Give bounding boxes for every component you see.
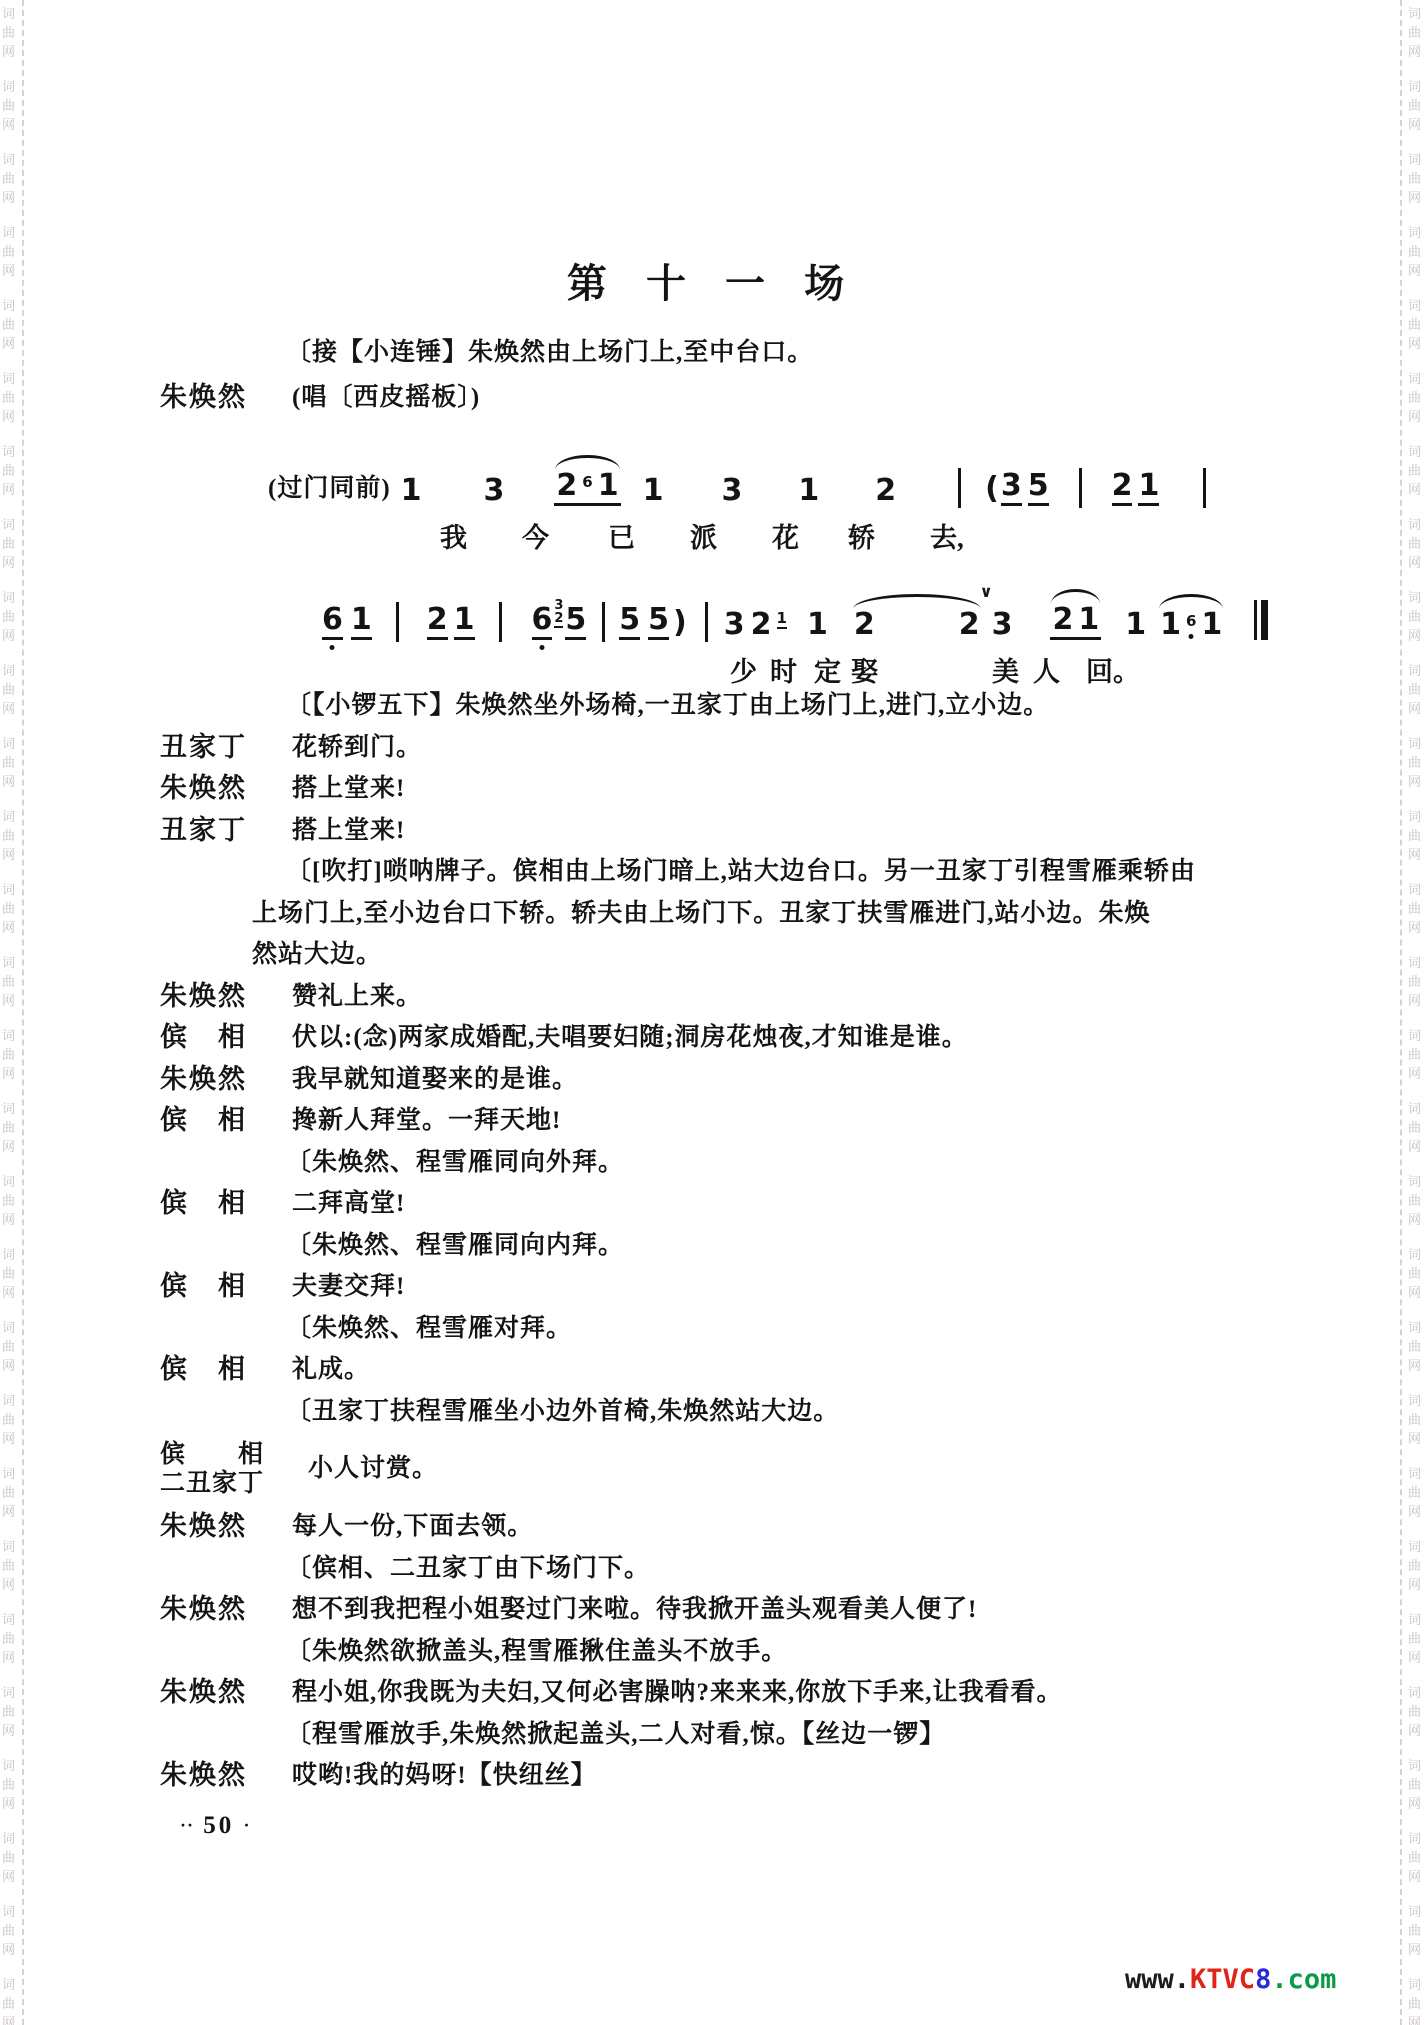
watermark-group: 词曲网 (1408, 880, 1421, 937)
lyric-char: 轿 (848, 516, 875, 555)
script-row: 〔接【小连锤】朱焕然由上场门上,至中台口。 (160, 330, 1280, 375)
speaker-name: 傧 相 (160, 1100, 292, 1142)
watermark-group: 词曲网 (1408, 1245, 1421, 1302)
script-row: 傧 相伏以:(念)两家成婚配,夫唱要妇随;洞房花烛夜,才知谁是谁。 (160, 1017, 1280, 1059)
speaker-name: 傧 相 (160, 1183, 292, 1225)
dialogue-text: 搀新人拜堂。一拜天地! (292, 1100, 561, 1142)
opening-rows: 〔接【小连锤】朱焕然由上场门上,至中台口。朱焕然(唱〔西皮摇板〕) (160, 330, 1280, 420)
watermark-char: 词 (1408, 1975, 1421, 1994)
watermark-group: 词曲网 (1408, 734, 1421, 791)
watermark-group: 词曲网 (1408, 4, 1421, 61)
music-note: 1 (454, 605, 475, 640)
script-row: 朱焕然搭上堂来! (160, 768, 1280, 810)
watermark-group: 词曲网 (2, 1172, 15, 1229)
watermark-group: 词曲网 (2, 880, 15, 937)
script-row: 傧 相二丑家丁小人讨赏。 (160, 1432, 1280, 1506)
watermark-char: 词 (2, 734, 15, 753)
music-paren: ) (673, 605, 687, 640)
dialogue-text: 夫妻交拜! (292, 1266, 405, 1308)
watermark-char: 曲 (2, 96, 15, 115)
site-url-segment[interactable]: www. (1125, 1964, 1190, 1995)
stage-direction: 然站大边。 (252, 934, 382, 976)
script-row: 朱焕然赞礼上来。 (160, 976, 1280, 1018)
watermark-char: 网 (2, 1356, 15, 1375)
watermark-char: 词 (2, 880, 15, 899)
script-row: 〔朱焕然、程雪雁对拜。 (160, 1308, 1280, 1350)
speaker-name: 傧 相 (160, 1349, 292, 1391)
stage-direction: 〔[吹打]唢呐牌子。傧相由上场门暗上,站大边台口。另一丑家丁引程雪雁乘轿由 (286, 851, 1196, 893)
watermark-char: 曲 (1408, 534, 1421, 553)
barline-icon (1254, 600, 1257, 640)
watermark-group: 词曲网 (2, 588, 15, 645)
lyric-char: 少 (730, 650, 757, 689)
watermark-char: 网 (2, 1210, 15, 1229)
watermark-char: 网 (1408, 1356, 1421, 1375)
watermark-char: 曲 (2, 1264, 15, 1283)
watermark-group: 词曲网 (1408, 1172, 1421, 1229)
music-note: 3 (721, 476, 742, 506)
watermark-char: 词 (1408, 4, 1421, 23)
stage-direction: 〔朱焕然、程雪雁对拜。 (286, 1308, 572, 1350)
watermark-char: 曲 (2, 972, 15, 991)
watermark-char: 网 (1408, 918, 1421, 937)
script-row: 〔朱焕然、程雪雁同向内拜。 (160, 1225, 1280, 1267)
watermark-char: 网 (2, 407, 15, 426)
watermark-char: 曲 (1408, 1337, 1421, 1356)
watermark-char: 词 (2, 1902, 15, 1921)
watermark-char: 词 (1408, 150, 1421, 169)
watermark-char: 曲 (2, 1994, 15, 2013)
watermark-char: 曲 (2, 534, 15, 553)
watermark-char: 曲 (2, 1556, 15, 1575)
page-number-dots: · (244, 1815, 251, 1835)
music-note: 1 (1138, 471, 1159, 506)
speaker-name (160, 330, 292, 375)
watermark-char: 网 (2, 1940, 15, 1959)
watermark-char: 网 (2, 1502, 15, 1521)
watermark-char: 词 (2, 1099, 15, 1118)
watermark-char: 词 (1408, 1391, 1421, 1410)
watermark-char: 词 (1408, 1756, 1421, 1775)
watermark-char: 网 (2, 991, 15, 1010)
watermark-group: 词曲网 (2, 1537, 15, 1594)
stage-direction: 〔朱焕然、程雪雁同向内拜。 (286, 1225, 624, 1267)
watermark-char: 网 (1408, 1794, 1421, 1813)
script-row: 傧 相搀新人拜堂。一拜天地! (160, 1100, 1280, 1142)
music-system-1: (过门同前)132611312(3521 (268, 468, 1206, 506)
script-row: 朱焕然哎哟!我的妈呀!【快纽丝】 (160, 1755, 1280, 1797)
music-note: 1 (598, 471, 619, 501)
music-note: 1 (1201, 610, 1222, 640)
watermark-char: 曲 (2, 1410, 15, 1429)
speaker-name: 朱焕然 (160, 1059, 292, 1101)
watermark-char: 网 (2, 918, 15, 937)
watermark-char: 词 (1408, 1464, 1421, 1483)
watermark-char: 曲 (2, 388, 15, 407)
watermark-char: 曲 (1408, 1702, 1421, 1721)
speaker-name (160, 1631, 292, 1673)
stage-direction: 〔朱焕然欲掀盖头,程雪雁揪住盖头不放手。 (286, 1631, 787, 1673)
music-note: 2 (1052, 605, 1073, 635)
music-note: 6 (532, 605, 553, 640)
speaker-name: 朱焕然 (160, 1506, 292, 1548)
watermark-char: 网 (1408, 991, 1421, 1010)
lyric-char: 人 (1033, 650, 1060, 689)
watermark-char: 曲 (1408, 972, 1421, 991)
stage-direction: 〔丑家丁扶程雪雁坐小边外首椅,朱焕然站大边。 (286, 1391, 839, 1433)
watermark-char: 曲 (1408, 1921, 1421, 1940)
watermark-char: 网 (2, 1794, 15, 1813)
watermark-group: 词曲网 (1408, 442, 1421, 499)
watermark-char: 曲 (2, 1045, 15, 1064)
speaker-name: 朱焕然 (160, 375, 292, 420)
watermark-char: 网 (2, 1867, 15, 1886)
music-note: 1 (798, 476, 819, 506)
watermark-char: 网 (1408, 845, 1421, 864)
grace-note-stack: 32 (554, 599, 563, 628)
watermark-char: 词 (2, 1245, 15, 1264)
watermark-char: 曲 (1408, 899, 1421, 918)
watermark-char: 网 (2, 845, 15, 864)
watermark-char: 词 (1408, 442, 1421, 461)
speaker-name: 二丑家丁 (160, 1469, 292, 1498)
watermark-group: 词曲网 (2, 1245, 15, 1302)
speaker-name: 朱焕然 (160, 768, 292, 810)
script-row: 傧 相二拜高堂! (160, 1183, 1280, 1225)
watermark-group: 词曲网 (2, 1391, 15, 1448)
barline-icon (958, 468, 961, 508)
script-row: 〔[吹打]唢呐牌子。傧相由上场门暗上,站大边台口。另一丑家丁引程雪雁乘轿由 (160, 851, 1280, 893)
barline-icon (1079, 468, 1082, 508)
barline-icon (602, 602, 605, 642)
watermark-group: 词曲网 (1408, 150, 1421, 207)
watermark-group: 词曲网 (1408, 1829, 1421, 1886)
watermark-group: 词曲网 (2, 150, 15, 207)
watermark-char: 网 (1408, 1064, 1421, 1083)
script-row: 朱焕然每人一份,下面去领。 (160, 1506, 1280, 1548)
watermark-char: 词 (1408, 953, 1421, 972)
watermark-char: 词 (2, 1026, 15, 1045)
watermark-char: 词 (2, 369, 15, 388)
site-url-segment[interactable]: 8 (1255, 1964, 1271, 1995)
dialogue-text: 花轿到门。 (292, 727, 422, 769)
watermark-char: 词 (2, 150, 15, 169)
watermark-char: 词 (2, 77, 15, 96)
music-note: 3 (724, 610, 745, 640)
watermark-group: 词曲网 (2, 807, 15, 864)
page-number-dots: ·· (180, 1815, 194, 1835)
watermark-char: 网 (1408, 334, 1421, 353)
watermark-char: 词 (1408, 77, 1421, 96)
script-row: 傧 相礼成。 (160, 1349, 1280, 1391)
speaker-name (160, 1548, 292, 1590)
watermark-char: 网 (2, 1429, 15, 1448)
watermark-char: 网 (1408, 772, 1421, 791)
grace-note: 1 (777, 611, 787, 629)
watermark-char: 词 (1408, 1829, 1421, 1848)
barline-icon (705, 602, 708, 642)
grace-note: 3 (554, 599, 563, 613)
script-row: 朱焕然想不到我把程小姐娶过门来啦。待我掀开盖头观看美人便了! (160, 1589, 1280, 1631)
script-row: 〔傧相、二丑家丁由下场门下。 (160, 1548, 1280, 1590)
music-note: 2 (875, 476, 896, 506)
watermark-char: 曲 (2, 1337, 15, 1356)
scanned-script-page: 词曲网词曲网词曲网词曲网词曲网词曲网词曲网词曲网词曲网词曲网词曲网词曲网词曲网词… (0, 0, 1425, 2025)
watermark-char: 网 (1408, 480, 1421, 499)
watermark-group: 词曲网 (2, 1975, 15, 2025)
lyric-char: 去, (930, 516, 964, 555)
watermark-char: 网 (2, 115, 15, 134)
watermark-char: 曲 (1408, 169, 1421, 188)
watermark-char: 网 (1408, 1429, 1421, 1448)
watermark-char: 曲 (1408, 1410, 1421, 1429)
music-note: 1 (351, 605, 372, 640)
music-note: 1 (643, 476, 664, 506)
page-number-value: 50 (203, 1812, 234, 1839)
music-note: 2 (751, 610, 772, 640)
watermark-char: 词 (1408, 807, 1421, 826)
watermark-group: 词曲网 (2, 661, 15, 718)
watermark-char: 网 (1408, 1940, 1421, 1959)
music-note: 5 (619, 605, 640, 640)
lyric-char: 美 (992, 650, 1019, 689)
dialogue-text: 伏以:(念)两家成婚配,夫唱要妇随;洞房花烛夜,才知谁是谁。 (292, 1017, 968, 1059)
watermark-char: 曲 (1408, 1191, 1421, 1210)
watermark-group: 词曲网 (2, 734, 15, 791)
watermark-group: 词曲网 (1408, 1318, 1421, 1375)
watermark-char: 词 (2, 1537, 15, 1556)
music-note: 1 (1160, 610, 1181, 640)
script-row: 丑家丁搭上堂来! (160, 810, 1280, 852)
watermark-char: 网 (2, 480, 15, 499)
dialogue-text: 赞礼上来。 (292, 976, 422, 1018)
site-url-segment[interactable]: .com (1271, 1964, 1336, 1995)
watermark-char: 词 (1408, 1318, 1421, 1337)
script-row: 傧 相夫妻交拜! (160, 1266, 1280, 1308)
speaker-name (160, 685, 292, 727)
watermark-group: 词曲网 (2, 442, 15, 499)
music-note: 3 (1001, 471, 1022, 506)
lyric-char: 已 (608, 516, 635, 555)
watermark-char: 曲 (1408, 96, 1421, 115)
speaker-name: 朱焕然 (160, 1672, 292, 1714)
watermark-char: 曲 (1408, 1118, 1421, 1137)
watermark-char: 词 (2, 1318, 15, 1337)
lyric-char: 今 (522, 516, 549, 555)
watermark-char: 网 (1408, 115, 1421, 134)
watermark-group: 词曲网 (1408, 1391, 1421, 1448)
speaker-name: 傧 相 (160, 1017, 292, 1059)
watermark-char: 词 (2, 1391, 15, 1410)
watermark-char: 曲 (2, 1191, 15, 1210)
watermark-group: 词曲网 (1408, 1537, 1421, 1594)
stage-direction: 小人讨赏。 (308, 1455, 438, 1484)
watermark-char: 网 (2, 699, 15, 718)
watermark-group: 词曲网 (1408, 1099, 1421, 1156)
watermark-group: 词曲网 (1408, 1683, 1421, 1740)
note-group: 21 (1050, 605, 1101, 640)
script-row: 朱焕然(唱〔西皮摇板〕) (160, 375, 1280, 420)
watermark-char: 曲 (2, 23, 15, 42)
watermark-char: 词 (1408, 588, 1421, 607)
watermark-group: 词曲网 (1408, 77, 1421, 134)
music-note: 3∨ (992, 610, 1013, 640)
watermark-group: 词曲网 (1408, 1464, 1421, 1521)
speaker-name (160, 1225, 292, 1267)
watermark-group: 词曲网 (1408, 1902, 1421, 1959)
watermark-char: 词 (1408, 369, 1421, 388)
lyrics-line-2: 少时定娶美人回。 (730, 650, 1140, 689)
watermark-group: 词曲网 (1408, 953, 1421, 1010)
dialogue-text: 哎哟!我的妈呀!【快纽丝】 (292, 1755, 597, 1797)
watermark-group: 词曲网 (2, 1756, 15, 1813)
watermark-char: 词 (2, 1829, 15, 1848)
watermark-char: 网 (2, 1721, 15, 1740)
grace-note: 6 (582, 475, 592, 490)
watermark-char: 曲 (1408, 1045, 1421, 1064)
watermark-char: 网 (1408, 1283, 1421, 1302)
speaker-name: 傧 相 (160, 1266, 292, 1308)
music-paren: ( (985, 471, 999, 506)
dialogue-text: 程小姐,你我既为夫妇,又何必害臊呐?来来来,你放下手来,让我看看。 (292, 1672, 1063, 1714)
watermark-char: 曲 (1408, 607, 1421, 626)
watermark-group: 词曲网 (2, 1026, 15, 1083)
watermark-char: 词 (1408, 1026, 1421, 1045)
script-row: 〔程雪雁放手,朱焕然掀起盖头,二人对看,惊。【丝边一锣】 (160, 1714, 1280, 1756)
music-note: 1 (807, 610, 828, 640)
watermark-group: 词曲网 (1408, 369, 1421, 426)
watermark-char: 曲 (2, 1921, 15, 1940)
script-row: 丑家丁花轿到门。 (160, 727, 1280, 769)
watermark-char: 词 (2, 1683, 15, 1702)
note-group: 22 (852, 610, 982, 640)
watermark-char: 词 (2, 442, 15, 461)
watermark-char: 曲 (2, 753, 15, 772)
lyric-char: 回。 (1086, 650, 1140, 689)
watermark-group: 词曲网 (1408, 1975, 1421, 2025)
lyrics-line-1: 我今已派花轿去, (440, 516, 964, 555)
watermark-char: 词 (2, 1756, 15, 1775)
watermark-group: 词曲网 (1408, 807, 1421, 864)
scene-title: 第 十 一 场 (0, 252, 1425, 309)
grace-note: 2 (554, 612, 563, 628)
breath-mark-icon: ∨ (980, 584, 993, 600)
dialogue-text: 想不到我把程小姐娶过门来啦。待我掀开盖头观看美人便了! (292, 1589, 977, 1631)
lyric-char: 定 (814, 650, 841, 689)
speaker-name (160, 1142, 292, 1184)
watermark-group: 词曲网 (2, 953, 15, 1010)
watermark-char: 曲 (2, 680, 15, 699)
watermark-char: 曲 (2, 315, 15, 334)
watermark-char: 曲 (1408, 315, 1421, 334)
barline-icon (1261, 600, 1268, 640)
speaker-name: 丑家丁 (160, 810, 292, 852)
watermark-char: 曲 (2, 461, 15, 480)
dialogue-text: 搭上堂来! (292, 768, 405, 810)
watermark-char: 网 (1408, 553, 1421, 572)
watermark-char: 网 (2, 188, 15, 207)
watermark-char: 网 (2, 626, 15, 645)
music-note: 5 (648, 605, 669, 640)
music-note: 1 (401, 476, 422, 506)
watermark-group: 词曲网 (2, 1829, 15, 1886)
watermark-group: 词曲网 (2, 77, 15, 134)
note-group: 21 (749, 610, 789, 640)
barline-icon (396, 602, 399, 642)
watermark-char: 曲 (1408, 1264, 1421, 1283)
music-note: 2 (427, 605, 448, 640)
script-row: 〔朱焕然、程雪雁同向外拜。 (160, 1142, 1280, 1184)
watermark-group: 词曲网 (2, 1318, 15, 1375)
stage-direction: 上场门上,至小边台口下轿。轿夫由上场门下。丑家丁扶雪雁进门,站小边。朱焕 (252, 893, 1151, 935)
watermark-char: 网 (2, 1137, 15, 1156)
music-note: 2 (959, 610, 980, 640)
watermark-char: 曲 (2, 607, 15, 626)
watermark-char: 词 (1408, 1683, 1421, 1702)
watermark-char: 曲 (2, 1775, 15, 1794)
watermark-char: 曲 (1408, 23, 1421, 42)
watermark-char: 网 (2, 2013, 15, 2025)
watermark-char: 曲 (2, 1848, 15, 1867)
watermark-char: 词 (2, 661, 15, 680)
watermark-char: 网 (2, 334, 15, 353)
watermark-char: 词 (1408, 515, 1421, 534)
watermark-char: 曲 (1408, 388, 1421, 407)
watermark-char: 词 (2, 4, 15, 23)
script-row: 朱焕然程小姐,你我既为夫妇,又何必害臊呐?来来来,你放下手来,让我看看。 (160, 1672, 1280, 1714)
stage-direction: 〔傧相、二丑家丁由下场门下。 (286, 1548, 650, 1590)
music-note: 2 (854, 610, 875, 640)
watermark-group: 词曲网 (2, 1683, 15, 1740)
watermark-char: 词 (2, 588, 15, 607)
note-group: 161 (1158, 610, 1224, 640)
stage-direction: 〔朱焕然、程雪雁同向外拜。 (286, 1142, 624, 1184)
watermark-char: 曲 (2, 169, 15, 188)
watermark-char: 网 (1408, 1210, 1421, 1229)
script-row: 上场门上,至小边台口下轿。轿夫由上场门下。丑家丁扶雪雁进门,站小边。朱焕 (160, 893, 1280, 935)
watermark-char: 网 (1408, 1648, 1421, 1667)
watermark-char: 词 (2, 1172, 15, 1191)
script-row: 然站大边。 (160, 934, 1280, 976)
speaker-name: 朱焕然 (160, 976, 292, 1018)
watermark-char: 曲 (1408, 753, 1421, 772)
watermark-char: 网 (1408, 1502, 1421, 1521)
watermark-group: 词曲网 (2, 1464, 15, 1521)
watermark-char: 词 (1408, 1245, 1421, 1264)
watermark-char: 曲 (1408, 461, 1421, 480)
dual-speaker-names: 傧 相二丑家丁 (160, 1440, 292, 1498)
watermark-char: 词 (2, 807, 15, 826)
dialogue-text: 二拜高堂! (292, 1183, 405, 1225)
grace-note: 6 (1186, 614, 1196, 629)
music-note: 6 (322, 605, 343, 640)
watermark-char: 网 (2, 553, 15, 572)
watermark-char: 曲 (1408, 1994, 1421, 2013)
barline-icon (499, 602, 502, 642)
lyric-char: 我 (440, 516, 467, 555)
lyric-char: 娶 (851, 650, 878, 689)
lyric-char: 时 (770, 650, 797, 689)
watermark-char: 词 (2, 515, 15, 534)
watermark-group: 词曲网 (2, 1610, 15, 1667)
site-url[interactable]: www.KTVC8.com (1125, 1964, 1336, 1995)
watermark-char: 网 (1408, 1137, 1421, 1156)
watermark-char: 网 (2, 1283, 15, 1302)
dialogue-text: 我早就知道娶来的是谁。 (292, 1059, 578, 1101)
watermark-group: 词曲网 (2, 4, 15, 61)
watermark-group: 词曲网 (2, 1902, 15, 1959)
site-url-segment[interactable]: KTVC (1190, 1964, 1255, 1995)
